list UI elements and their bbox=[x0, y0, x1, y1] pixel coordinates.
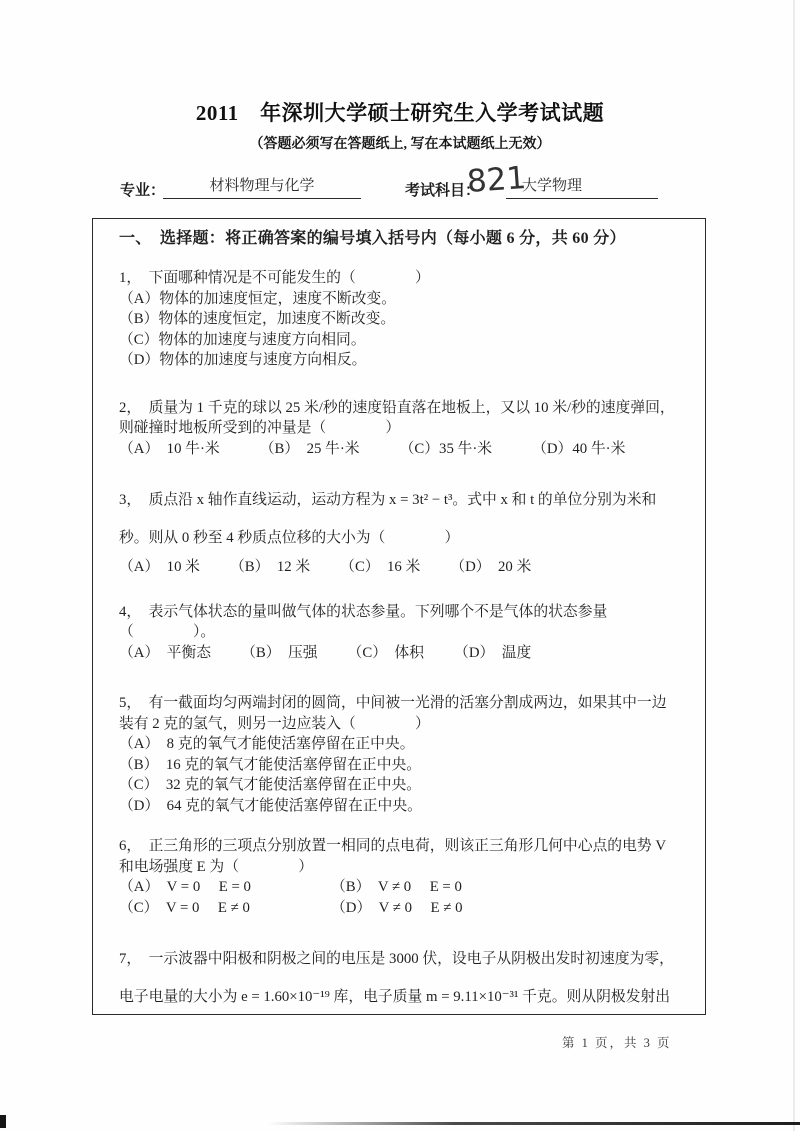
question-3-stem: 3， 质点沿 x 轴作直线运动，运动方程为 x = 3t² − t³。式中 x … bbox=[119, 481, 679, 557]
page-subtitle: （答题必须写在答题纸上, 写在本试题纸上无效） bbox=[0, 133, 800, 153]
exam-page: 2011 年深圳大学硕士研究生入学考试试题 （答题必须写在答题纸上, 写在本试题… bbox=[0, 0, 800, 1131]
option-b: （B） 25 牛·米 bbox=[260, 439, 360, 460]
page-indicator: 第 1 页，共 3 页 bbox=[562, 1033, 672, 1051]
scan-edge-right bbox=[793, 0, 795, 1131]
option-a: （A） V = 0 E = 0 bbox=[119, 877, 331, 898]
question-1-options: （A）物体的加速度恒定，速度不断改变。 （B）物体的速度恒定，加速度不断改变。 … bbox=[119, 289, 679, 371]
option-a: （A） 10 牛·米 bbox=[119, 439, 220, 460]
question-6: 6， 正三角形的三项点分别放置一相同的点电荷，则该正三角形几何中心点的电势 V … bbox=[119, 836, 679, 918]
question-box: 一、 选择题：将正确答案的编号填入括号内（每小题 6 分，共 60 分） 1， … bbox=[92, 218, 706, 1015]
question-5-stem: 5， 有一截面均匀两端封闭的圆筒，中间被一光滑的活塞分割成两边，如果其中一边装有… bbox=[119, 693, 679, 734]
question-1: 1， 下面哪种情况是不可能发生的（ ） （A）物体的加速度恒定，速度不断改变。 … bbox=[119, 268, 679, 371]
question-6-options: （A） V = 0 E = 0 （B） V ≠ 0 E = 0 （C） V = … bbox=[119, 877, 549, 918]
option-a: （A） 10 米 bbox=[119, 557, 200, 578]
option-c: （C） 16 米 bbox=[340, 557, 420, 578]
question-7: 7， 一示波器中阳极和阴极之间的电压是 3000 伏，设电子从阴极出发时初速度为… bbox=[119, 940, 679, 1015]
option-b: （B） 12 米 bbox=[230, 557, 310, 578]
question-5-options: （A） 8 克的氧气才能使活塞停留在正中央。 （B） 16 克的氧气才能使活塞停… bbox=[119, 734, 679, 816]
meta-row: 专业： 材料物理与化学 考试科目： 821 大学物理 bbox=[0, 172, 800, 218]
option-a: （A） 平衡态 bbox=[119, 643, 211, 664]
question-2-stem: 2， 质量为 1 千克的球以 25 米/秒的速度铅直落在地板上，又以 10 米/… bbox=[119, 398, 679, 439]
subject-name: 大学物理 bbox=[506, 173, 658, 199]
option-c: （C） 32 克的氧气才能使活塞停留在正中央。 bbox=[119, 775, 679, 796]
option-d: （D） 20 米 bbox=[450, 557, 531, 578]
major-value: 材料物理与化学 bbox=[163, 173, 361, 199]
question-2: 2， 质量为 1 千克的球以 25 米/秒的速度铅直落在地板上，又以 10 米/… bbox=[119, 398, 679, 460]
question-3: 3， 质点沿 x 轴作直线运动，运动方程为 x = 3t² − t³。式中 x … bbox=[119, 481, 679, 578]
option-d: （D）物体的加速度与速度方向相反。 bbox=[119, 350, 679, 371]
option-b: （B） 16 克的氧气才能使活塞停留在正中央。 bbox=[119, 755, 679, 776]
option-b: （B） 压强 bbox=[241, 643, 317, 664]
option-d: （D）40 牛·米 bbox=[532, 439, 625, 460]
scan-corner-mark bbox=[0, 1115, 6, 1128]
question-4-options: （A） 平衡态 （B） 压强 （C） 体积 （D） 温度 bbox=[119, 643, 679, 664]
question-5: 5， 有一截面均匀两端封闭的圆筒，中间被一光滑的活塞分割成两边，如果其中一边装有… bbox=[119, 693, 679, 816]
question-2-options: （A） 10 牛·米 （B） 25 牛·米 （C）35 牛·米 （D）40 牛·… bbox=[119, 439, 679, 460]
option-d: （D） V ≠ 0 E ≠ 0 bbox=[331, 898, 549, 919]
option-b: （B） V ≠ 0 E = 0 bbox=[331, 877, 549, 898]
option-c: （C） 体积 bbox=[348, 643, 424, 664]
question-3-options: （A） 10 米 （B） 12 米 （C） 16 米 （D） 20 米 bbox=[119, 557, 679, 578]
option-a: （A） 8 克的氧气才能使活塞停留在正中央。 bbox=[119, 734, 679, 755]
question-6-stem: 6， 正三角形的三项点分别放置一相同的点电荷，则该正三角形几何中心点的电势 V … bbox=[119, 836, 679, 877]
major-label: 专业： bbox=[120, 179, 165, 200]
option-c: （C） V = 0 E ≠ 0 bbox=[119, 898, 331, 919]
option-a: （A）物体的加速度恒定，速度不断改变。 bbox=[119, 289, 679, 310]
section-heading: 一、 选择题：将正确答案的编号填入括号内（每小题 6 分，共 60 分） bbox=[119, 228, 679, 250]
option-c: （C）物体的加速度与速度方向相同。 bbox=[119, 330, 679, 351]
option-c: （C）35 牛·米 bbox=[400, 439, 492, 460]
option-d: （D） 64 克的氧气才能使活塞停留在正中央。 bbox=[119, 796, 679, 817]
question-7-stem: 7， 一示波器中阳极和阴极之间的电压是 3000 伏，设电子从阴极出发时初速度为… bbox=[119, 940, 679, 1015]
option-d: （D） 温度 bbox=[454, 643, 531, 664]
question-4: 4， 表示气体状态的量叫做气体的状态参量。下列哪个不是气体的状态参量（ ）。 （… bbox=[119, 602, 679, 664]
option-b: （B）物体的速度恒定，加速度不断改变。 bbox=[119, 309, 679, 330]
question-4-stem: 4， 表示气体状态的量叫做气体的状态参量。下列哪个不是气体的状态参量（ ）。 bbox=[119, 602, 679, 643]
page-title: 2011 年深圳大学硕士研究生入学考试试题 bbox=[0, 97, 800, 127]
scan-edge-bottom bbox=[268, 1122, 800, 1125]
question-1-stem: 1， 下面哪种情况是不可能发生的（ ） bbox=[119, 268, 679, 289]
